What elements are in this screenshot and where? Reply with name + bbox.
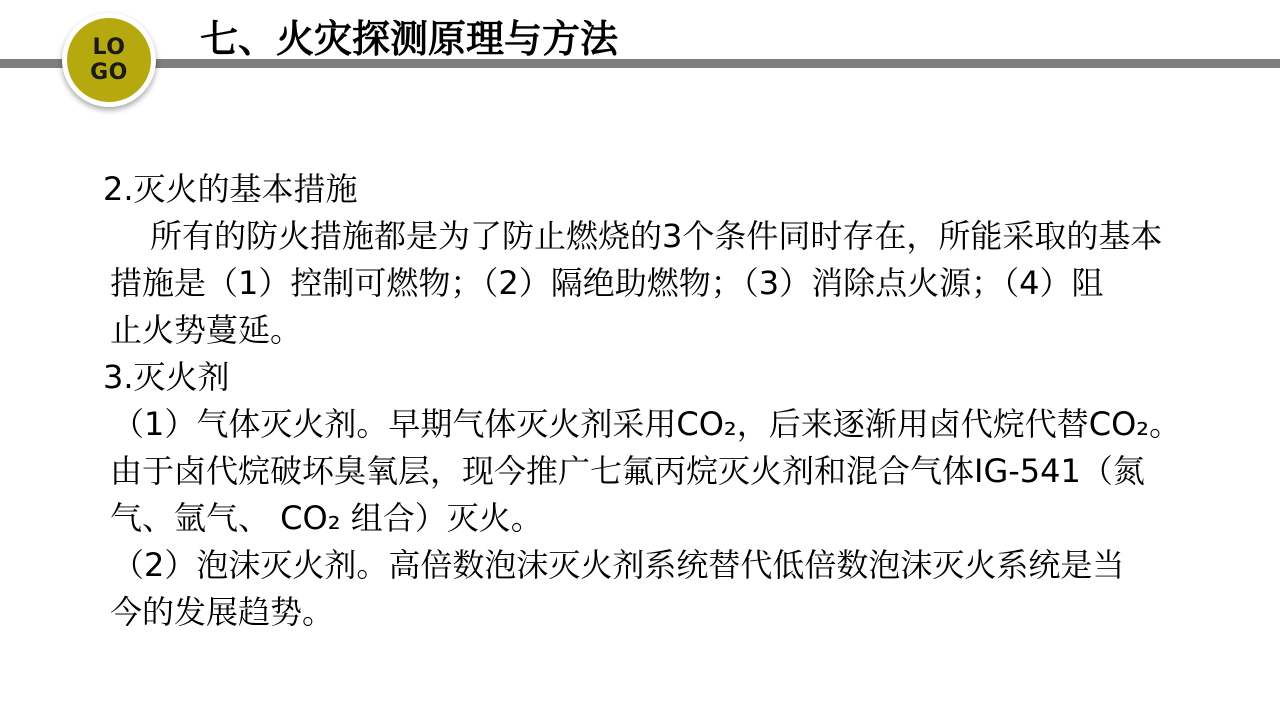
content-line: 今的发展趋势。 xyxy=(0,589,1280,636)
logo-text-line1: LO xyxy=(93,35,126,60)
content-line: （2）泡沫灭火剂。高倍数泡沫灭火剂系统替代低倍数泡沫灭火系统是当 xyxy=(0,542,1280,589)
header-divider-line xyxy=(0,59,1280,68)
content-line: 所有的防火措施都是为了防止燃烧的3个条件同时存在，所能采取的基本 xyxy=(0,213,1280,260)
presentation-slide: LO GO 七、火灾探测原理与方法 2.灭火的基本措施 所有的防火措施都是为了防… xyxy=(0,0,1280,720)
content-line: 止火势蔓延。 xyxy=(0,307,1280,354)
content-line: 由于卤代烷破坏臭氧层，现今推广七氟丙烷灭火剂和混合气体IG-541（氮 xyxy=(0,448,1280,495)
slide-body-text: 2.灭火的基本措施 所有的防火措施都是为了防止燃烧的3个条件同时存在，所能采取的… xyxy=(0,166,1280,636)
slide-title: 七、火灾探测原理与方法 xyxy=(200,17,618,61)
content-line: 2.灭火的基本措施 xyxy=(0,166,1280,213)
content-line: 3.灭火剂 xyxy=(0,354,1280,401)
content-line: 措施是（1）控制可燃物；（2）隔绝助燃物；（3）消除点火源；（4）阻 xyxy=(0,260,1280,307)
logo-badge: LO GO xyxy=(62,13,156,107)
content-line: （1）气体灭火剂。早期气体灭火剂采用CO₂，后来逐渐用卤代烷代替CO₂。 xyxy=(0,401,1280,448)
content-line: 气、氩气、 CO₂ 组合）灭火。 xyxy=(0,495,1280,542)
logo-text-line2: GO xyxy=(90,60,128,85)
